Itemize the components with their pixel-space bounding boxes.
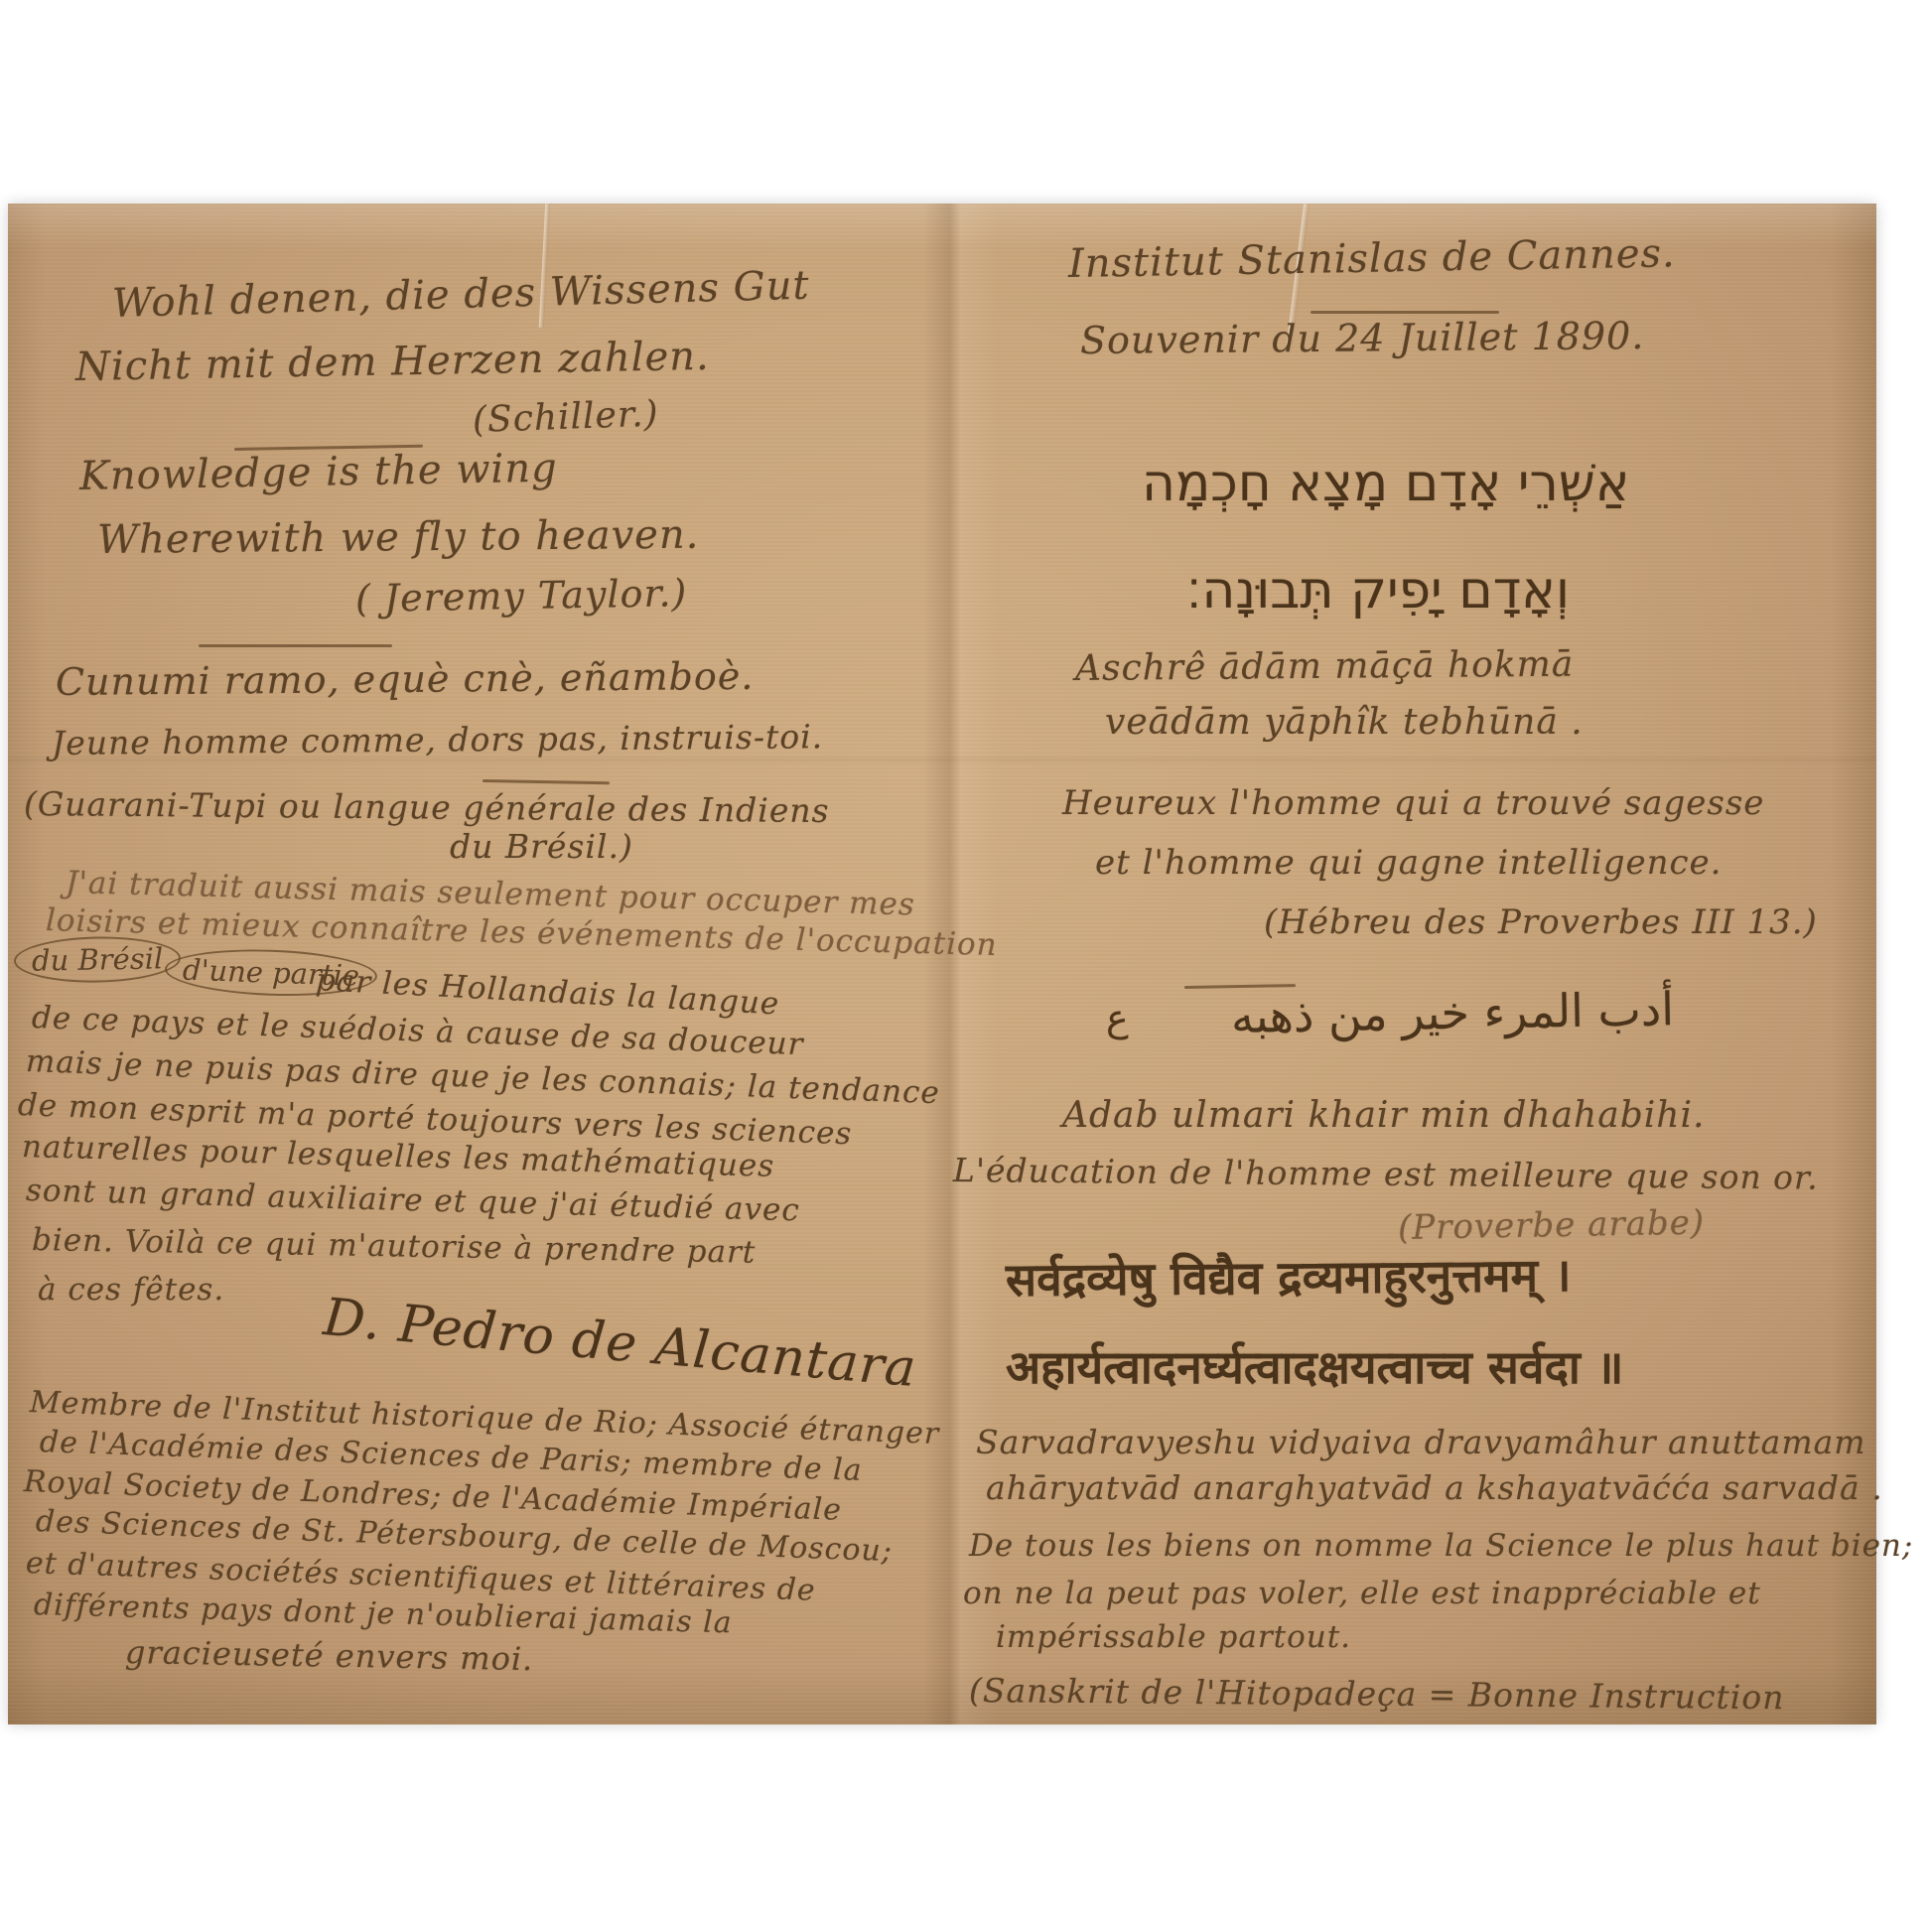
scan-canvas: Wohl denen, die des Wissens Gut Nicht mi… — [0, 0, 1932, 1932]
tupi-note-line-1: (Guarani-Tupi ou langue générale des Ind… — [24, 784, 830, 830]
institute-header-line-1: Institut Stanislas de Cannes. — [1068, 230, 1676, 287]
hebrew-attribution: (Hébreu des Proverbes III 13.) — [1264, 902, 1818, 942]
divider-rule — [199, 644, 392, 647]
english-quote-line-2: Wherewith we fly to heaven. — [97, 512, 700, 563]
sanskrit-french-line-1: De tous les biens on nomme la Science le… — [969, 1528, 1913, 1564]
sanskrit-line-2: अहार्यत्वादनर्घ्यत्वादक्षयत्वाच्च सर्वदा… — [1006, 1335, 1623, 1397]
taylor-attribution: ( Jeremy Taylor.) — [355, 571, 688, 621]
arabic-line: أدب المرء خير من ذهبه — [1231, 982, 1675, 1043]
sanskrit-french-line-2: on ne la peut pas voler, elle est inappr… — [963, 1576, 1761, 1611]
arabic-attribution: (Proverbe arabe) — [1398, 1203, 1706, 1248]
hebrew-line-2: וְאָדָם יָפִיק תְּבוּנָה׃ — [1186, 561, 1570, 621]
sanskrit-translit-line-1: Sarvadravyeshu vidyaiva dravyamâhur anut… — [976, 1423, 1866, 1461]
arabic-translit-line: Adab ulmari khair min dhahabihi. — [1062, 1095, 1705, 1136]
english-quote-line-1: Knowledge is the wing — [79, 446, 558, 499]
arabic-pen-mark: ع — [1106, 996, 1129, 1039]
insertion-du-bresil: du Brésil — [14, 935, 182, 984]
signature: D. Pedro de Alcantara — [321, 1288, 918, 1399]
hebrew-french-line-1: Heureux l'homme qui a trouvé sagesse — [1062, 783, 1764, 823]
body-line-9: bien. Voilà ce qui m'autorise à prendre … — [32, 1222, 757, 1271]
header-underline — [1311, 311, 1499, 314]
german-quote-line-2: Nicht mit dem Herzen zahlen. — [75, 334, 710, 390]
tupi-gloss-line: Jeune homme comme, dors pas, instruis-to… — [52, 717, 824, 762]
institute-header-line-2: Souvenir du 24 Juillet 1890. — [1080, 314, 1645, 362]
sanskrit-french-line-3: impérissable partout. — [996, 1619, 1351, 1655]
tupi-quote-line: Cunumi ramo, equè cnè, eñamboè. — [56, 654, 755, 704]
credentials-line-7: gracieuseté envers moi. — [125, 1633, 534, 1678]
schiller-attribution: (Schiller.) — [472, 393, 659, 441]
sanskrit-attribution: (Sanskrit de l'Hitopadeça = Bonne Instru… — [969, 1671, 1785, 1717]
tupi-note-line-2: du Brésil.) — [450, 827, 633, 866]
underline-instruis-toi — [483, 779, 610, 784]
hebrew-translit-line-2: veādām yāphîk tebhūnā . — [1105, 702, 1584, 743]
letter-sheet: Wohl denen, die des Wissens Gut Nicht mi… — [8, 204, 1876, 1725]
hebrew-translit-line-1: Aschrê ādām māçā hokmā — [1075, 644, 1575, 689]
sanskrit-line-1: सर्वद्रव्येषु विद्यैव द्रव्यमाहुरनुत्तमम… — [1006, 1243, 1572, 1310]
german-quote-line-1: Wohl denen, die des Wissens Gut — [111, 263, 810, 327]
hebrew-french-line-2: et l'homme qui gagne intelligence. — [1095, 843, 1723, 883]
hebrew-line-1: אַשְׁרֵי אָדָם מָצָא חָכְמָה — [1142, 454, 1630, 513]
sanskrit-translit-line-2: ahāryatvād anarghyatvād a kshayatvāćća s… — [986, 1468, 1883, 1507]
body-line-10: à ces fêtes. — [38, 1272, 224, 1308]
arabic-french-line: L'éducation de l'homme est meilleure que… — [953, 1151, 1819, 1197]
